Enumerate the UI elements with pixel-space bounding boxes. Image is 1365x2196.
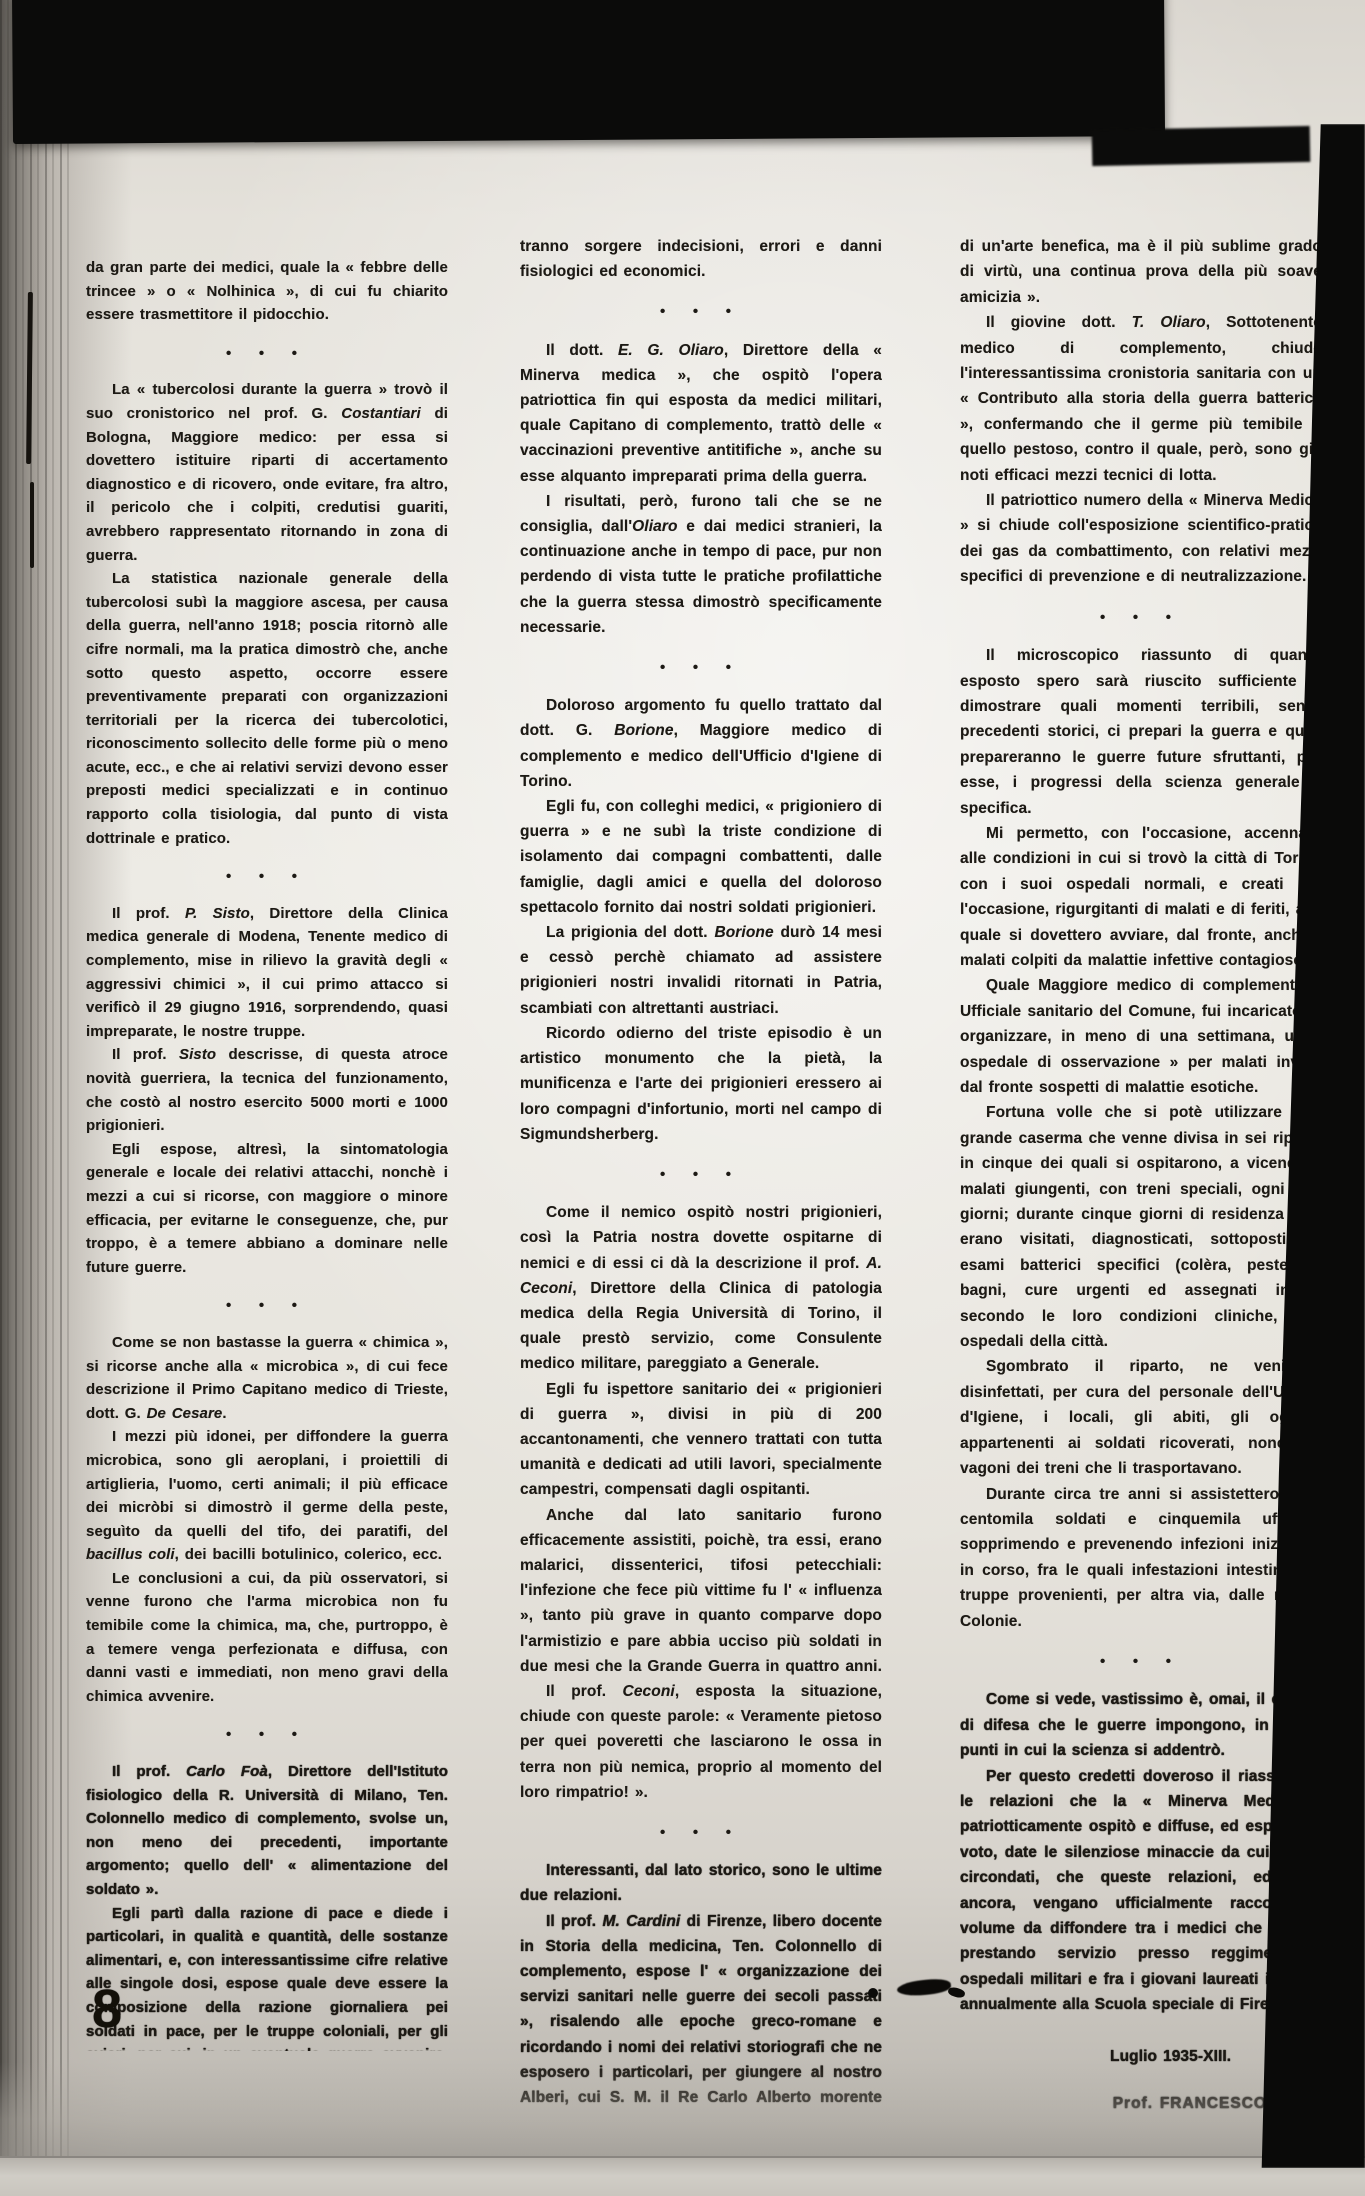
paragraph: Egli fu ispettore sanitario dei « prigio… [520,1377,882,1503]
paragraph: La statistica nazionale generale della t… [86,567,448,850]
paragraph: Doloroso argomento fu quello trattato da… [520,693,882,794]
bottom-scan-edge [0,2156,1365,2196]
paragraph: Sgombrato il riparto, ne venivano disinf… [960,1354,1322,1481]
paragraph: I risultati, però, furono tali che se ne… [520,489,882,640]
paragraph: Ricordo odierno del triste episodio è un… [520,1021,882,1147]
paragraph: Egli partì dalla razione di pace e diede… [86,1902,448,2051]
page-number: 8 [92,1978,122,2040]
text-column-middle: tranno sorgere indecisioni, errori e dan… [520,234,882,2114]
paragraph: Il prof. Ceconi, esposta la situazione, … [520,1679,882,1805]
paragraph: La « tubercolosi durante la guerra » tro… [86,378,448,567]
book-spine-texture [0,0,74,2196]
paragraph: Come il nemico ospitò nostri prigionieri… [520,1200,882,1376]
ink-smudge [868,1988,878,1998]
text-column-left: da gran parte dei medici, quale la « feb… [86,256,448,2051]
paragraph: Mi permetto, con l'occasione, accennare … [960,821,1322,973]
paragraph: Il microscopico riassunto di quanto espo… [960,643,1322,821]
ink-smudge [896,1977,951,1998]
paragraph: Durante circa tre anni si assistettero o… [960,1482,1322,1634]
paragraph: tranno sorgere indecisioni, errori e dan… [520,234,882,284]
section-separator: • • • [520,299,882,324]
top-ink-band [12,0,1165,144]
paragraph: Il prof. Sisto descrisse, di questa atro… [86,1043,448,1137]
section-separator: • • • [86,342,448,366]
section-separator: • • • [86,1294,448,1318]
top-ink-band-extension [1092,126,1311,166]
section-separator: • • • [960,1649,1322,1674]
paragraph: Quale Maggiore medico di complemento e U… [960,973,1322,1100]
text-column-right: di un'arte benefica, ma è il più sublime… [960,234,1322,2114]
section-separator: • • • [960,605,1322,630]
paragraph: Come se non bastasse la guerra « chimica… [86,1331,448,1425]
paragraph: Il prof. P. Sisto, Direttore della Clini… [86,902,448,1044]
paragraph: La prigionia del dott. Borione durò 14 m… [520,920,882,1021]
paragraph: Egli fu, con colleghi medici, « prigioni… [520,794,882,920]
scanned-page: da gran parte dei medici, quale la « feb… [0,0,1365,2196]
paragraph: Egli espose, altresì, la sintomatologia … [86,1138,448,1280]
paragraph: I mezzi più idonei, per diffondere la gu… [86,1425,448,1567]
spine-ink-mark [30,482,34,568]
paragraph: Come si vede, vastissimo è, omai, il cam… [960,1687,1322,1763]
paragraph: Il giovine dott. T. Oliaro, Sottotenente… [960,310,1322,488]
section-separator: • • • [520,655,882,680]
paragraph: Il patriottico numero della « Minerva Me… [960,488,1322,590]
section-separator: • • • [86,1723,448,1747]
section-separator: • • • [86,865,448,889]
paragraph: Il prof. M. Cardini di Firenze, libero d… [520,1909,882,2114]
paragraph: Fortuna volle che si potè utilizzare una… [960,1100,1322,1354]
section-separator: • • • [520,1162,882,1187]
paragraph: di un'arte benefica, ma è il più sublime… [960,234,1322,310]
paragraph: Interessanti, dal lato storico, sono le … [520,1858,882,1908]
section-separator: • • • [520,1820,882,1845]
paragraph: Anche dal lato sanitario furono efficace… [520,1503,882,1679]
paragraph: Il dott. E. G. Oliaro, Direttore della «… [520,338,882,489]
paragraph: Le conclusioni a cui, da più osservatori… [86,1567,448,1709]
paragraph: da gran parte dei medici, quale la « feb… [86,256,448,327]
paragraph: Il prof. Carlo Foà, Direttore dell'Istit… [86,1760,448,1902]
